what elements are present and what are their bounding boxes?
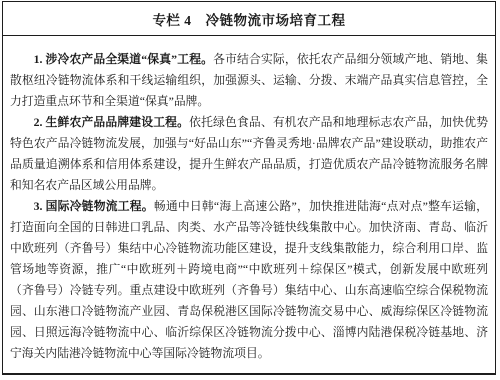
paragraph-lead: 1. 涉冷农产品全渠道“保真”工程。 — [34, 52, 214, 66]
paragraph: 1. 涉冷农产品全渠道“保真”工程。各市结合实际，依托农产品细分领域产地、销地、… — [10, 49, 488, 112]
paragraph-lead: 3. 国际冷链物流工程。 — [34, 199, 154, 213]
paragraph: 2. 生鲜农产品品牌建设工程。依托绿色食品、有机农产品和地理标志农产品，加快优势… — [10, 112, 488, 196]
paragraph: 3. 国际冷链物流工程。畅通中日韩“海上高速公路”，加快推进陆海“点对点”整车运… — [10, 196, 488, 364]
paragraph-text: 畅通中日韩“海上高速公路”，加快推进陆海“点对点”整车运输，打造面向全国的日韩进… — [10, 199, 488, 360]
box-body: 1. 涉冷农产品全渠道“保真”工程。各市结合实际，依托农产品细分领域产地、销地、… — [3, 36, 495, 364]
box-title: 专栏 4 冷链物流市场培育工程 — [3, 2, 495, 36]
paragraph-lead: 2. 生鲜农产品品牌建设工程。 — [34, 115, 190, 129]
callout-box: 专栏 4 冷链物流市场培育工程 1. 涉冷农产品全渠道“保真”工程。各市结合实际… — [2, 1, 496, 375]
